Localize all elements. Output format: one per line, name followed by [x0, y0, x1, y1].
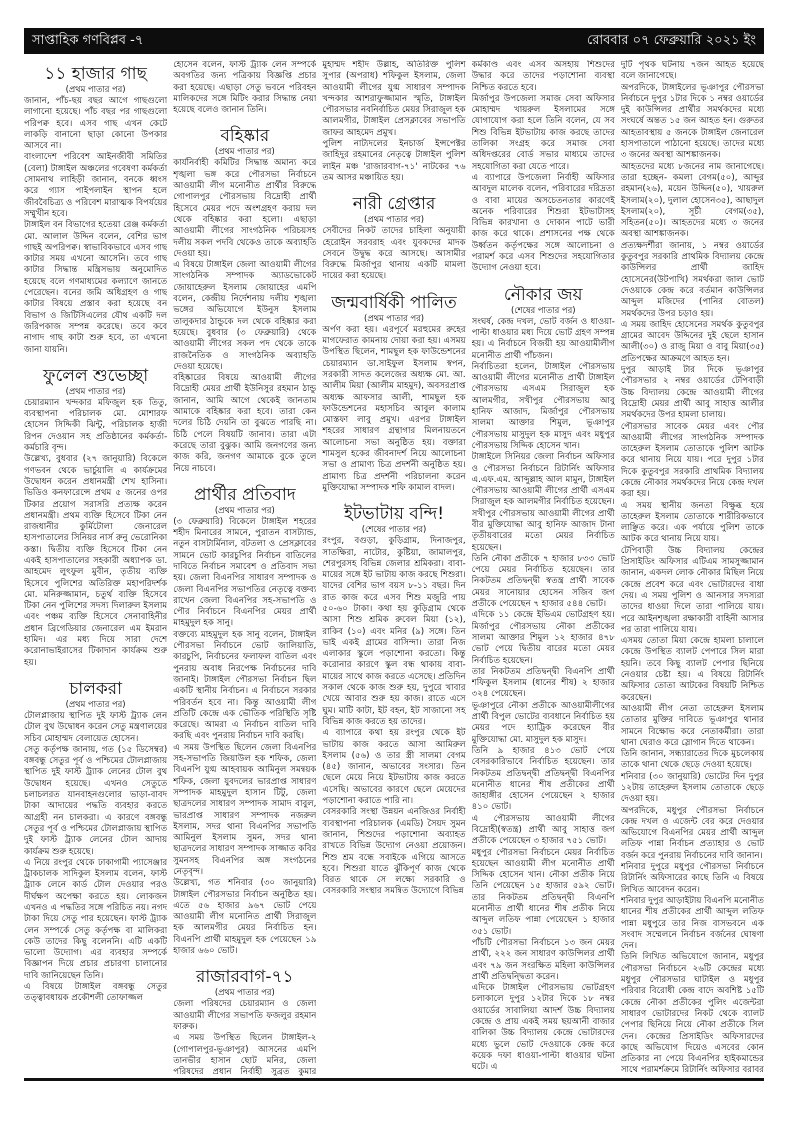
article-paragraph: এ সময় উপস্থিত ছিলেন টাঙ্গাইল-২ (গোপালপু…: [173, 1033, 316, 1076]
article-continuation-note: (প্রথম পাতার পর): [24, 386, 167, 397]
article-paragraph: কর্মকাণ্ড এবং এসব অসহায় শিশুদের উদ্ধার …: [472, 60, 615, 94]
article-headline: জন্মবার্ষিকী পালিত: [322, 293, 465, 313]
article-paragraph: শনিবার (৩০ জানুয়ারি) ভোটের দিন দুপুর ১২…: [621, 772, 764, 806]
article-paragraph: এ সময় স্থানীয় জনতা বিক্ষুব্ধ হয়ে তাহে…: [621, 501, 764, 546]
article-paragraph: এ পৌরসভায় আওয়ামী লীগের বিদ্রোহী(স্বতন্…: [472, 814, 615, 848]
article-headline: রাজারবাগ-৭১: [173, 967, 316, 987]
column-5: দুটি পৃথক ঘটনায় ৭জন আহত হয়েছে বলে জানা…: [621, 60, 764, 1076]
article: ইটভাটায় বন্দি!(শেষের পাতার পর)রংপুর, বগ…: [322, 504, 465, 898]
article-paragraph: শনিবার দুপুর আড়াইটায় বিএনপি মনোনীত ধান…: [621, 896, 764, 952]
article-paragraph: এদিকে ১১ কেন্দ্রে ইভিএম ভোটগ্রহণ হয়। মি…: [472, 610, 615, 666]
article-paragraph: এ ব্যাপারে উপজেলা নির্বাহী অফিসার আবদুল …: [472, 173, 615, 275]
issue-date: রোববার ০৭ ফেব্রুয়ারি ২০২১ ইং: [587, 31, 756, 52]
article-paragraph: তিনি লিখিত অভিযোগে জানান, মধুপুর পৌরসভা …: [621, 952, 764, 1076]
article-paragraph: পাঁচটি পৌরসভা নির্বাচনে ১৩ জন মেয়র প্রা…: [472, 938, 615, 983]
article-continuation-note: (প্রথম পাতার পর): [24, 699, 167, 710]
article-headline: নারী গ্রেপ্তার: [322, 194, 465, 214]
article-paragraph: টেপিবাড়ী উচ্চ বিদ্যালয় কেন্দ্রের প্রিস…: [621, 546, 764, 636]
article-paragraph: তিনি জানান, সন্ধ্যারাতের দিকে মুচলেকায় …: [621, 749, 764, 772]
article: নারী গ্রেপ্তার(প্রথম পাতার পর)সেবীদের নি…: [322, 194, 465, 282]
article-paragraph: জানান, পাঁচ-ছয় বছর আগে গাছগুলো লাগানো হ…: [24, 96, 167, 152]
article-continuation-note: (প্রথম পাতার পর): [173, 987, 316, 998]
article: নৌকার জয়(শেষের পাতার পর)সংঘর্ষ, কেন্দ্র…: [472, 285, 615, 1074]
bottom-rule: [24, 1078, 764, 1081]
article: মুহাম্মদ শহীদ উল্লাহ, অতিরিক্ত পুলিশ সুপ…: [322, 60, 465, 184]
article-paragraph: (৩ ফেব্রুয়ারি) বিকেলে টাঙ্গাইল শহরের শহ…: [173, 517, 316, 630]
article-paragraph: চেয়ারম্যান খন্দকার মফিজুল হক তিতু, ব্যব…: [24, 398, 167, 454]
article-headline: ফুলেল শুভেচ্ছা: [24, 366, 167, 386]
article-paragraph: অর্পণ করা হয়। এরপূর্বে মরহুমের রুহের মা…: [322, 325, 465, 494]
article: প্রার্থীর প্রতিবাদ(প্রথম পাতার পর)(৩ ফেব…: [173, 485, 316, 958]
column-1: ১১ হাজার গাছ(প্রথম পাতার পর)জানান, পাঁচ-…: [24, 60, 167, 1076]
article-paragraph: বহিষ্কারের বিষয়ে আওয়ামী লীগের বিদ্রোহী…: [173, 373, 316, 475]
article-paragraph: টোলপ্লাজায় স্থাপিত দুই ফাস্ট ট্র্যাক লে…: [24, 711, 167, 745]
article: চালকরা(প্রথম পাতার পর)টোলপ্লাজায় স্থাপি…: [24, 679, 167, 1005]
article-paragraph: সেবীদের নিকট তাদের চাহিলা অনুযায়ী হেরোই…: [322, 226, 465, 282]
article: দুটি পৃথক ঘটনায় ৭জন আহত হয়েছে বলে জানা…: [621, 60, 764, 1076]
article-paragraph: বেসরকারি সংস্থা উন্নয়ন এনজিওর নির্বাহী …: [322, 807, 465, 897]
article-paragraph: পৌরসভার সাবেক মেয়র এবং পৌর আওয়ামী লীগে…: [621, 422, 764, 501]
article-headline: প্রার্থীর প্রতিবাদ: [173, 485, 316, 505]
article-paragraph: মির্জাপুর উপজেলা সমাজ সেবা অফিসার মোহাম্…: [472, 94, 615, 173]
article-paragraph: এ সময় জাহিদ হোসেনের সমর্থক কুতুবপুর গ্র…: [621, 320, 764, 365]
article: ফুলেল শুভেচ্ছা(প্রথম পাতার পর)চেয়ারম্যা…: [24, 366, 167, 669]
column-4: কর্মকাণ্ড এবং এসব অসহায় শিশুদের উদ্ধার …: [472, 60, 615, 1076]
article-paragraph: নির্বাচিতরা হলেন, টাঙ্গাইল পৌরসভায় আওয়…: [472, 362, 615, 452]
article-paragraph: অপরদিকে, মধুপুর পৌরসভা নির্বাচনে কেন্দ্র…: [621, 806, 764, 862]
article-headline: ইটভাটায় বন্দি!: [322, 504, 465, 524]
article-paragraph: জেলা পরিষদের চেয়ারম্যান ও জেলা আওয়ামী …: [173, 999, 316, 1033]
article-paragraph: দুপুর আড়াই টার দিকে ভূঞাপুর পৌরসভার ২ ন…: [621, 365, 764, 421]
article-paragraph: সখীপুর পৌরসভায় আওয়ামী লীগের প্রার্থী ব…: [472, 509, 615, 554]
article-paragraph: এ নিয়ে রংপুর থেকে ঢাকাগামী প্যাসেঞ্জার …: [24, 858, 167, 982]
article-continuation-note: (প্রথম পাতার পর): [173, 505, 316, 516]
article: কর্মকাণ্ড এবং এসব অসহায় শিশুদের উদ্ধার …: [472, 60, 615, 275]
article-paragraph: টাঙ্গাইলে সিনিয়র জেলা নির্বাচন অফিসার ও…: [472, 452, 615, 508]
article: বহিষ্কার(প্রথম পাতার পর)কার্যনির্বাহী কম…: [173, 126, 316, 474]
article-paragraph: কার্যনির্বাহী কমিটির সিদ্ধান্ত অমান্য কর…: [173, 158, 316, 260]
article-columns: ১১ হাজার গাছ(প্রথম পাতার পর)জানান, পাঁচ-…: [24, 60, 764, 1076]
article-paragraph: শনিবার দুপুরে মধুপুর পৌরসভা নির্বাচনে রি…: [621, 862, 764, 896]
column-3: মুহাম্মদ শহীদ উল্লাহ, অতিরিক্ত পুলিশ সুপ…: [322, 60, 465, 1076]
article-paragraph: তার নিকটতম প্রতিদ্বন্দ্বী বিএনপি প্রার্থ…: [472, 667, 615, 701]
article-paragraph: এ ব্যাপারে কথা হয় রংপুর থেকে ইট ভাটায় …: [322, 728, 465, 807]
article-paragraph: এ বিষয়ে টাঙ্গাইল জেলা আওয়ামী লীগের সাং…: [173, 260, 316, 373]
article-paragraph: হোসেন বলেন, ফাস্ট ট্র্যাক লেন সম্পর্কে অ…: [173, 60, 316, 116]
article-paragraph: বক্তব্যে মাহমুদুল হক সানু বলেন, টাঙ্গাইল…: [173, 630, 316, 743]
article-continuation-note: (প্রথম পাতার পর): [24, 84, 167, 95]
article-paragraph: এদিকে টাঙ্গাইল পৌরসভায় ভোটগ্রহণ চলাকালে…: [472, 983, 615, 1073]
article-paragraph: আহতদের মধ্যে ৮জনের নাম জানাগেছে। তারা হচ…: [621, 162, 764, 241]
article-paragraph: প্রত্যক্ষদর্শীরা জানায়, ১ নম্বর ওয়ার্ড…: [621, 241, 764, 320]
article-paragraph: পুলিশ নাট্যদলের ইনচার্জ ইন্সপেক্টর জাহিদ…: [322, 139, 465, 184]
article-paragraph: তিনি ৯ হাজার ৪১৩ ভোট পেয়ে বেসরকারিভাবে …: [472, 746, 615, 814]
article-paragraph: ভূঞাপুরে নৌকা প্রতীকে আওয়ামীলীগের প্রার…: [472, 701, 615, 746]
article-paragraph: সংঘর্ষ, কেন্দ্র দখল, ভোট বর্জন ও ধাওয়া-…: [472, 317, 615, 362]
article-headline: বহিষ্কার: [173, 126, 316, 146]
article-paragraph: মধুপুর পৌরসভা নির্বাচনে মেয়র নির্বাচিত …: [472, 848, 615, 938]
masthead: সাপ্তাহিক গণবিপ্লব -৭ রোববার ০৭ ফেব্রুয়…: [24, 28, 764, 54]
publication-title: সাপ্তাহিক গণবিপ্লব -৭: [32, 31, 143, 52]
article-paragraph: তিনি নৌকা প্রতীকে ৭ হাজার ৮৩৩ ভোট পেয়ে …: [472, 554, 615, 610]
article-paragraph: দুটি পৃথক ঘটনায় ৭জন আহত হয়েছে বলে জানা…: [621, 60, 764, 83]
article-paragraph: টাঙ্গাইল বন বিভাগের হতেয়া রেঞ্জ কর্মকর্…: [24, 220, 167, 356]
article-paragraph: সেতু কর্তৃপক্ষ জানায়, গত (১৫ ডিসেম্বর) …: [24, 745, 167, 858]
newspaper-page: সাপ্তাহিক গণবিপ্লব -৭ রোববার ০৭ ফেব্রুয়…: [24, 28, 764, 1080]
article-paragraph: এ বিষয়ে টাঙ্গাইল বঙ্গবন্ধু সেতুর তত্ত্ব…: [24, 982, 167, 1005]
article-continuation-note: (প্রথম পাতার পর): [173, 146, 316, 157]
article: ১১ হাজার গাছ(প্রথম পাতার পর)জানান, পাঁচ-…: [24, 64, 167, 356]
article-headline: নৌকার জয়: [472, 285, 615, 305]
article-continuation-note: (শেষের পাতার পর): [472, 305, 615, 316]
article-paragraph: বাংলাদেশ পরিবেশ আইনজীবী সমিতির (বেলা) টা…: [24, 152, 167, 220]
article-paragraph: উল্লেখ্য, বুধবার (২৭ জানুয়ারি) বিকেলে গ…: [24, 454, 167, 669]
article-continuation-note: (প্রথম পাতার পর): [322, 214, 465, 225]
article-paragraph: আওয়ামী লীগ নেতা তাহেরুল ইসলাম তোতার মুক…: [621, 704, 764, 749]
article-paragraph: এ সময় উপস্থিত ছিলেন জেলা বিএনপির সহ-সভা…: [173, 743, 316, 879]
article-paragraph: অপরদিকে, টাঙ্গাইলের ভূঞাপুর পৌরসভা নির্ব…: [621, 83, 764, 162]
article: হোসেন বলেন, ফাস্ট ট্র্যাক লেন সম্পর্কে অ…: [173, 60, 316, 116]
article: জন্মবার্ষিকী পালিত(প্রথম পাতার পর)অর্পণ …: [322, 293, 465, 494]
article-headline: ১১ হাজার গাছ: [24, 64, 167, 84]
article-paragraph: এসময় তোতা মিয়া কেন্দ্রে হামলা চালালে ক…: [621, 636, 764, 704]
article-paragraph: মুহাম্মদ শহীদ উল্লাহ, অতিরিক্ত পুলিশ সুপ…: [322, 60, 465, 139]
article-headline: চালকরা: [24, 679, 167, 699]
column-2: হোসেন বলেন, ফাস্ট ট্র্যাক লেন সম্পর্কে অ…: [173, 60, 316, 1076]
article: রাজারবাগ-৭১(প্রথম পাতার পর)জেলা পরিষদের …: [173, 967, 316, 1076]
article-continuation-note: (প্রথম পাতার পর): [322, 313, 465, 324]
article-paragraph: উল্লেখ্য, গত শনিবার (৩০ জানুয়ারি) টাঙ্গ…: [173, 878, 316, 957]
article-continuation-note: (শেষের পাতার পর): [322, 524, 465, 535]
article-paragraph: রংপুর, বগুড়া, কুড়িগ্রাম, দিনাজপুর, সাত…: [322, 536, 465, 728]
